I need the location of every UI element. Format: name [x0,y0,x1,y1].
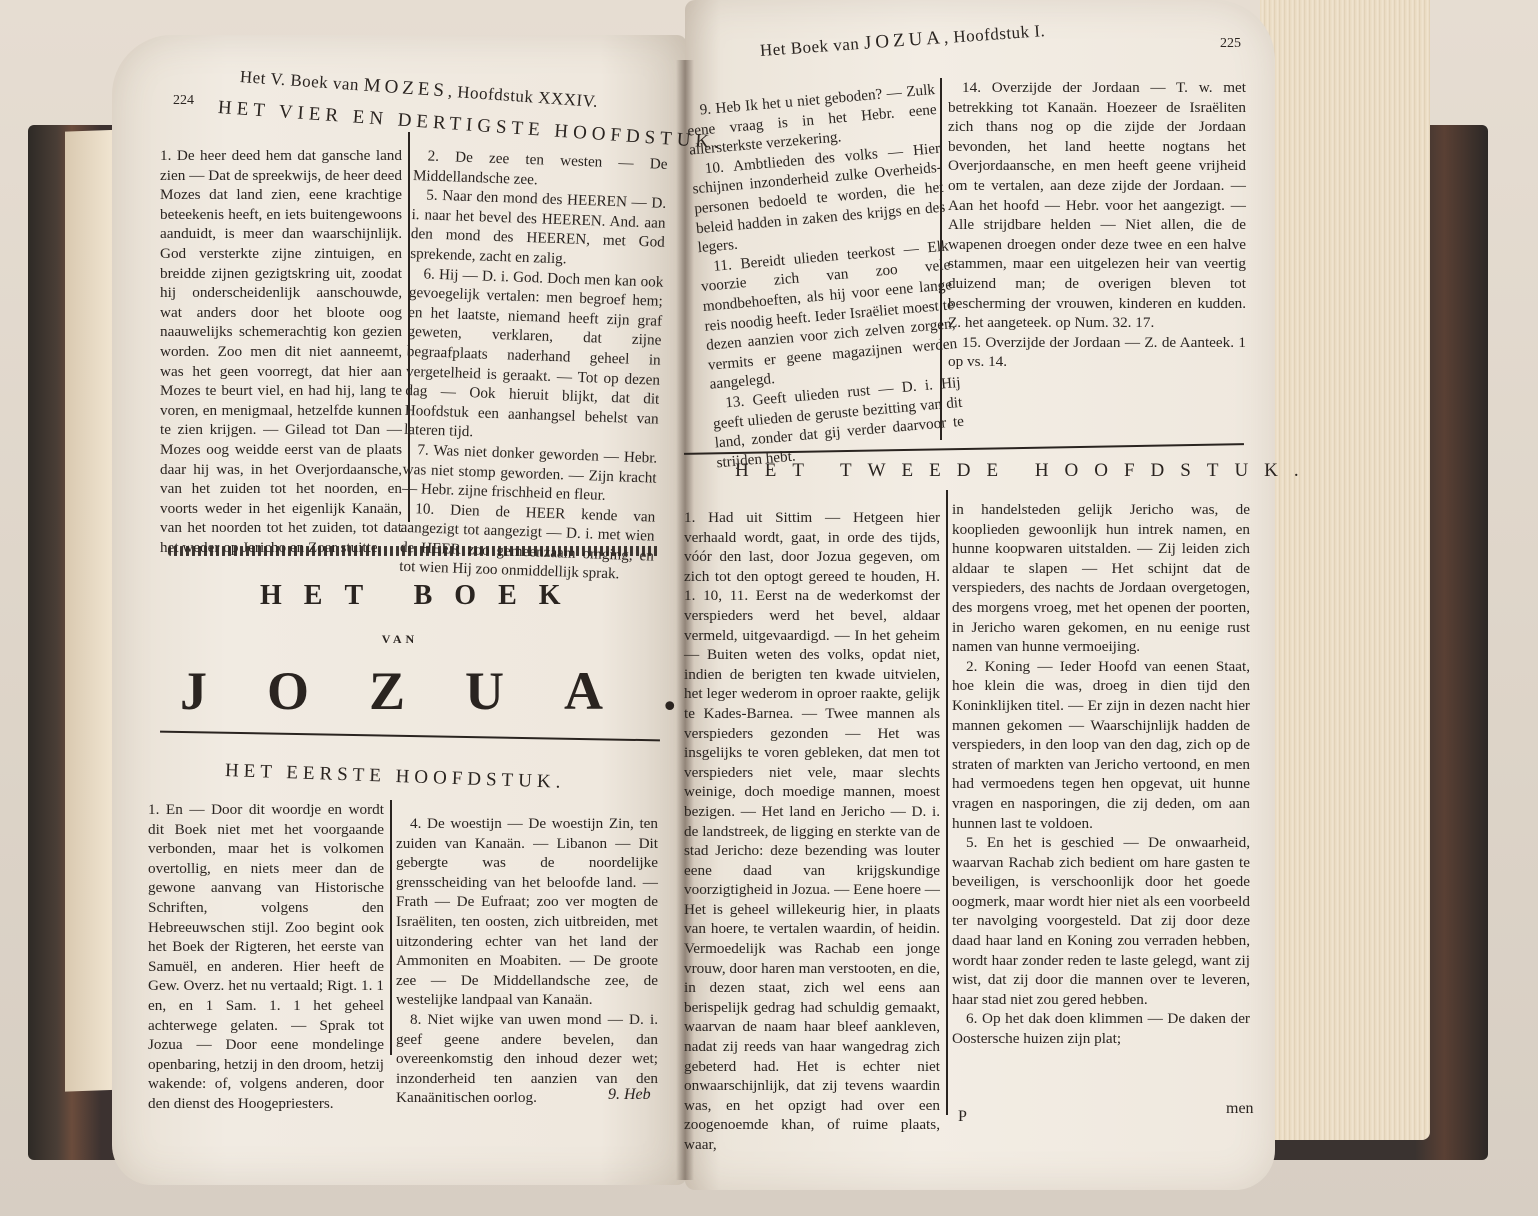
note-paragraph: 5. En het is geschied — De onwaarheid, w… [952,833,1250,1009]
note-paragraph: 14. Overzijde der Jordaan — T. w. met be… [948,78,1246,333]
catchword-left: 9. Heb [608,1086,651,1104]
page-edges-right [1260,0,1430,1140]
note-paragraph: 5. Naar den mond des HEEREN — D. i. naar… [410,185,667,272]
note-paragraph: 2. Koning — Ieder Hoofd van eenen Staat,… [952,657,1250,833]
column-divider [390,800,392,1055]
note-paragraph: 7. Was niet donker geworden — Hebr. was … [402,440,658,508]
chapter-title-2: HET TWEEDE HOOFDSTUK. [735,460,1315,482]
note-paragraph: 1. En — Door dit woordje en wordt dit Bo… [148,800,384,1114]
left-col-1: 1. De heer deed hem dat gansche land zie… [160,146,402,557]
note-paragraph: 10. Dien de HEER kende van aangezigt tot… [399,498,656,585]
left-col-4: 4. De woestijn — De woestijn Zin, ten zu… [396,814,658,1108]
book-title-line1: HET BOEK [260,580,560,612]
note-paragraph: 6. Op het dak doen klimmen — De daken de… [952,1009,1250,1048]
note-paragraph: 4. De woestijn — De woestijn Zin, ten zu… [396,814,658,1010]
right-col-1: 9. Heb Ik het u niet geboden? — Zulk een… [685,80,966,473]
note-paragraph: 15. Overzijde der Jordaan — Z. de Aantee… [948,333,1246,372]
right-col-4: in handelsteden gelijk Jericho was, de k… [952,500,1250,1049]
right-col-2: 14. Overzijde der Jordaan — T. w. met be… [948,78,1246,372]
note-paragraph: 1. Had uit Sittim — Hetgeen hier verhaal… [684,508,940,1155]
left-col-2: 2. De zee ten westen — De Middellandsche… [399,146,668,586]
right-col-3: 1. Had uit Sittim — Hetgeen hier verhaal… [684,508,940,1155]
left-col-3: 1. En — Door dit woordje en wordt dit Bo… [148,800,384,1114]
catchword-right: men [1226,1100,1254,1118]
ornamental-rule [168,546,660,556]
note-paragraph: 1. De heer deed hem dat gansche land zie… [160,146,402,557]
page-number-left: 224 [173,93,194,109]
note-paragraph: 6. Hij — D. i. God. Doch men kan ook gev… [404,263,664,448]
column-divider [946,490,948,1115]
note-paragraph: 11. Bereidt ulieden teerkost — Elk voorz… [699,236,960,394]
page-number-right: 225 [1220,36,1241,52]
signature-mark: P [958,1108,967,1126]
note-paragraph: in handelsteden gelijk Jericho was, de k… [952,500,1250,657]
book-title-line2: VAN [360,632,440,647]
book-title-line3: JOZUA. [180,660,650,722]
